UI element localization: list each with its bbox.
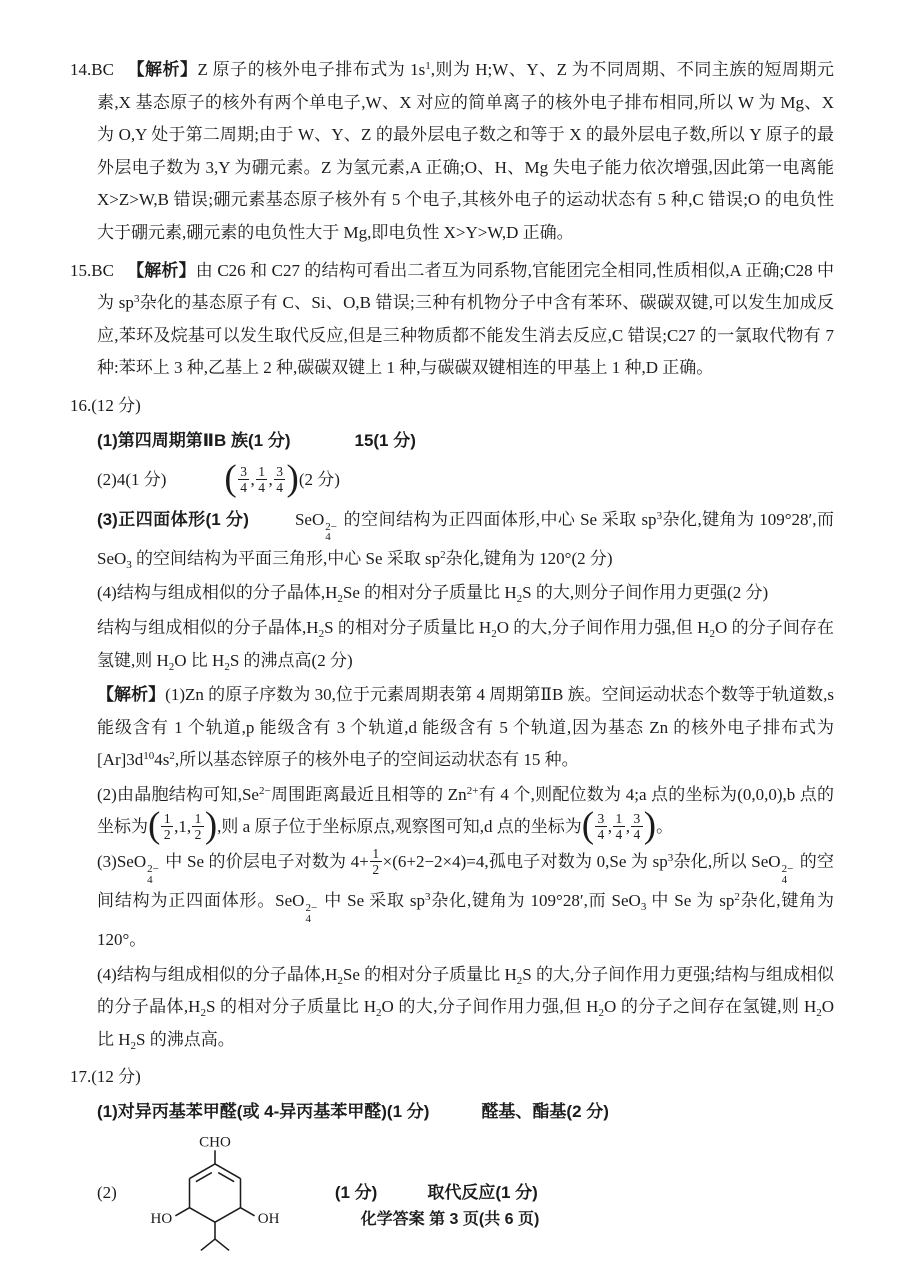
answer-key-page: 14.BC【解析】Z 原子的核外电子排布式为 1s1,则为 H;W、Y、Z 为不… (0, 0, 900, 1273)
subscript: 2 (200, 1007, 206, 1019)
superscript: 2− (259, 785, 271, 797)
fraction: 12 (370, 846, 382, 877)
page-footer: 化学答案 第 3 页(共 6 页) (0, 1206, 900, 1229)
answer-emphasis: 【解析】 (127, 60, 198, 79)
answer-emphasis: 【解析】 (127, 261, 196, 280)
superscript: 3 (134, 293, 140, 305)
superscript: 3 (657, 510, 663, 522)
answer-14: 14.BC【解析】Z 原子的核外电子排布式为 1s1,则为 H;W、Y、Z 为不… (97, 54, 834, 250)
answers-content: 14.BC【解析】Z 原子的核外电子排布式为 1s1,则为 H;W、Y、Z 为不… (70, 54, 834, 1255)
fraction: 34 (595, 811, 607, 842)
spacer (114, 74, 127, 75)
subscript: 2 (169, 661, 175, 673)
subscript: 2 (816, 1007, 822, 1019)
answer-emphasis: 15(1 分) (354, 431, 415, 450)
ion-charge-stack: 2−4 (325, 522, 337, 543)
spacer (114, 275, 127, 276)
fraction: 34 (274, 464, 286, 495)
superscript: 3 (425, 891, 431, 903)
item-17-ans-1: (1)对异丙基苯甲醛(或 4-异丙基苯甲醛)(1 分)醛基、酯基(2 分) (97, 1096, 834, 1129)
superscript: 2 (440, 549, 446, 561)
superscript: 2 (169, 750, 175, 762)
answer-emphasis: (1)对异丙基苯甲醛(或 4-异丙基苯甲醛)(1 分) (97, 1102, 429, 1121)
benzene-structure-diagram: CHOHOOH (131, 1133, 299, 1255)
subscript: 2 (709, 628, 715, 640)
fraction: 12 (161, 811, 173, 842)
big-parenthesis: ( (148, 817, 160, 835)
fraction: 34 (631, 811, 643, 842)
footer-text: 化学答案 第 3 页(共 6 页) (361, 1211, 540, 1228)
big-parenthesis: ) (644, 817, 656, 835)
ion-charge-stack: 2−4 (305, 903, 317, 924)
spacer (166, 484, 224, 485)
item-16-analysis-4: (4)结构与组成相似的分子晶体,H2Se 的相对分子质量比 H2S 的大,分子间… (97, 959, 834, 1057)
fraction: 14 (613, 811, 625, 842)
subscript: 3 (126, 559, 132, 571)
subscript: 2 (517, 593, 523, 605)
cho-label: CHO (199, 1134, 231, 1150)
item-16-ans-4b: 结构与组成相似的分子晶体,H2S 的相对分子质量比 H2O 的大,分子间作用力强… (97, 612, 834, 677)
subscript: 2 (517, 975, 523, 987)
item-17-ans-2: (2)CHOHOOH(1 分)取代反应(1 分) (97, 1133, 834, 1255)
fraction: 34 (238, 464, 250, 495)
subscript: 2 (131, 1040, 137, 1052)
item-17-header: 17.(12 分) (97, 1061, 834, 1094)
answer-emphasis: (3)正四面体形(1 分) (97, 510, 249, 529)
answer-emphasis: 醛基、酯基(2 分) (481, 1102, 609, 1121)
item-16-ans-1: (1)第四周期第ⅡB 族(1 分)15(1 分) (97, 425, 834, 458)
subscript: 2 (337, 975, 343, 987)
superscript: 10 (143, 750, 154, 762)
big-parenthesis: ( (224, 470, 236, 488)
item-16-analysis-2: (2)由晶胞结构可知,Se2−周围距离最近且相等的 Zn2+有 4 个,则配位数… (97, 779, 834, 844)
spacer (429, 1116, 481, 1117)
big-parenthesis: ) (286, 470, 298, 488)
big-parenthesis: ( (582, 817, 594, 835)
subscript: 2 (376, 1007, 382, 1019)
subscript: 2 (224, 661, 230, 673)
superscript: 2 (734, 891, 740, 903)
subscript: 2 (491, 628, 497, 640)
superscript: 3 (668, 852, 674, 864)
subscript: 2 (319, 628, 325, 640)
ion-charge-stack: 2−4 (782, 864, 794, 885)
item-16-ans-4a: (4)结构与组成相似的分子晶体,H2Se 的相对分子质量比 H2S 的大,则分子… (97, 577, 834, 610)
subscript: 3 (641, 901, 647, 913)
item-16-ans-3: (3)正四面体形(1 分)SeO2−4 的空间结构为正四面体形,中心 Se 采取… (97, 504, 834, 576)
fraction: 12 (192, 811, 204, 842)
subscript: 2 (598, 1007, 604, 1019)
big-parenthesis: ) (205, 817, 217, 835)
subscript: 2 (337, 593, 343, 605)
superscript: 2+ (467, 785, 479, 797)
item-16-analysis-3: (3)SeO2−4 中 Se 的价层电子对数为 4+12×(6+2−2×4)=4… (97, 846, 834, 957)
fraction: 14 (256, 464, 268, 495)
ion-charge-stack: 2−4 (147, 864, 159, 885)
answer-15: 15.BC【解析】由 C26 和 C27 的结构可看出二者互为同系物,官能团完全… (97, 255, 834, 385)
superscript: 1 (425, 60, 431, 72)
item-16-ans-2: (2)4(1 分)(34,14,34)(2 分) (97, 464, 834, 497)
item-16-header: 16.(12 分) (97, 390, 834, 423)
item-16-analysis-1: 【解析】(1)Zn 的原子序数为 30,位于元素周期表第 4 周期第ⅡB 族。空… (97, 679, 834, 777)
spacer (249, 524, 295, 525)
answer-emphasis: 【解析】 (97, 685, 165, 704)
spacer (290, 445, 354, 446)
answer-emphasis: (1)第四周期第ⅡB 族(1 分) (97, 431, 290, 450)
